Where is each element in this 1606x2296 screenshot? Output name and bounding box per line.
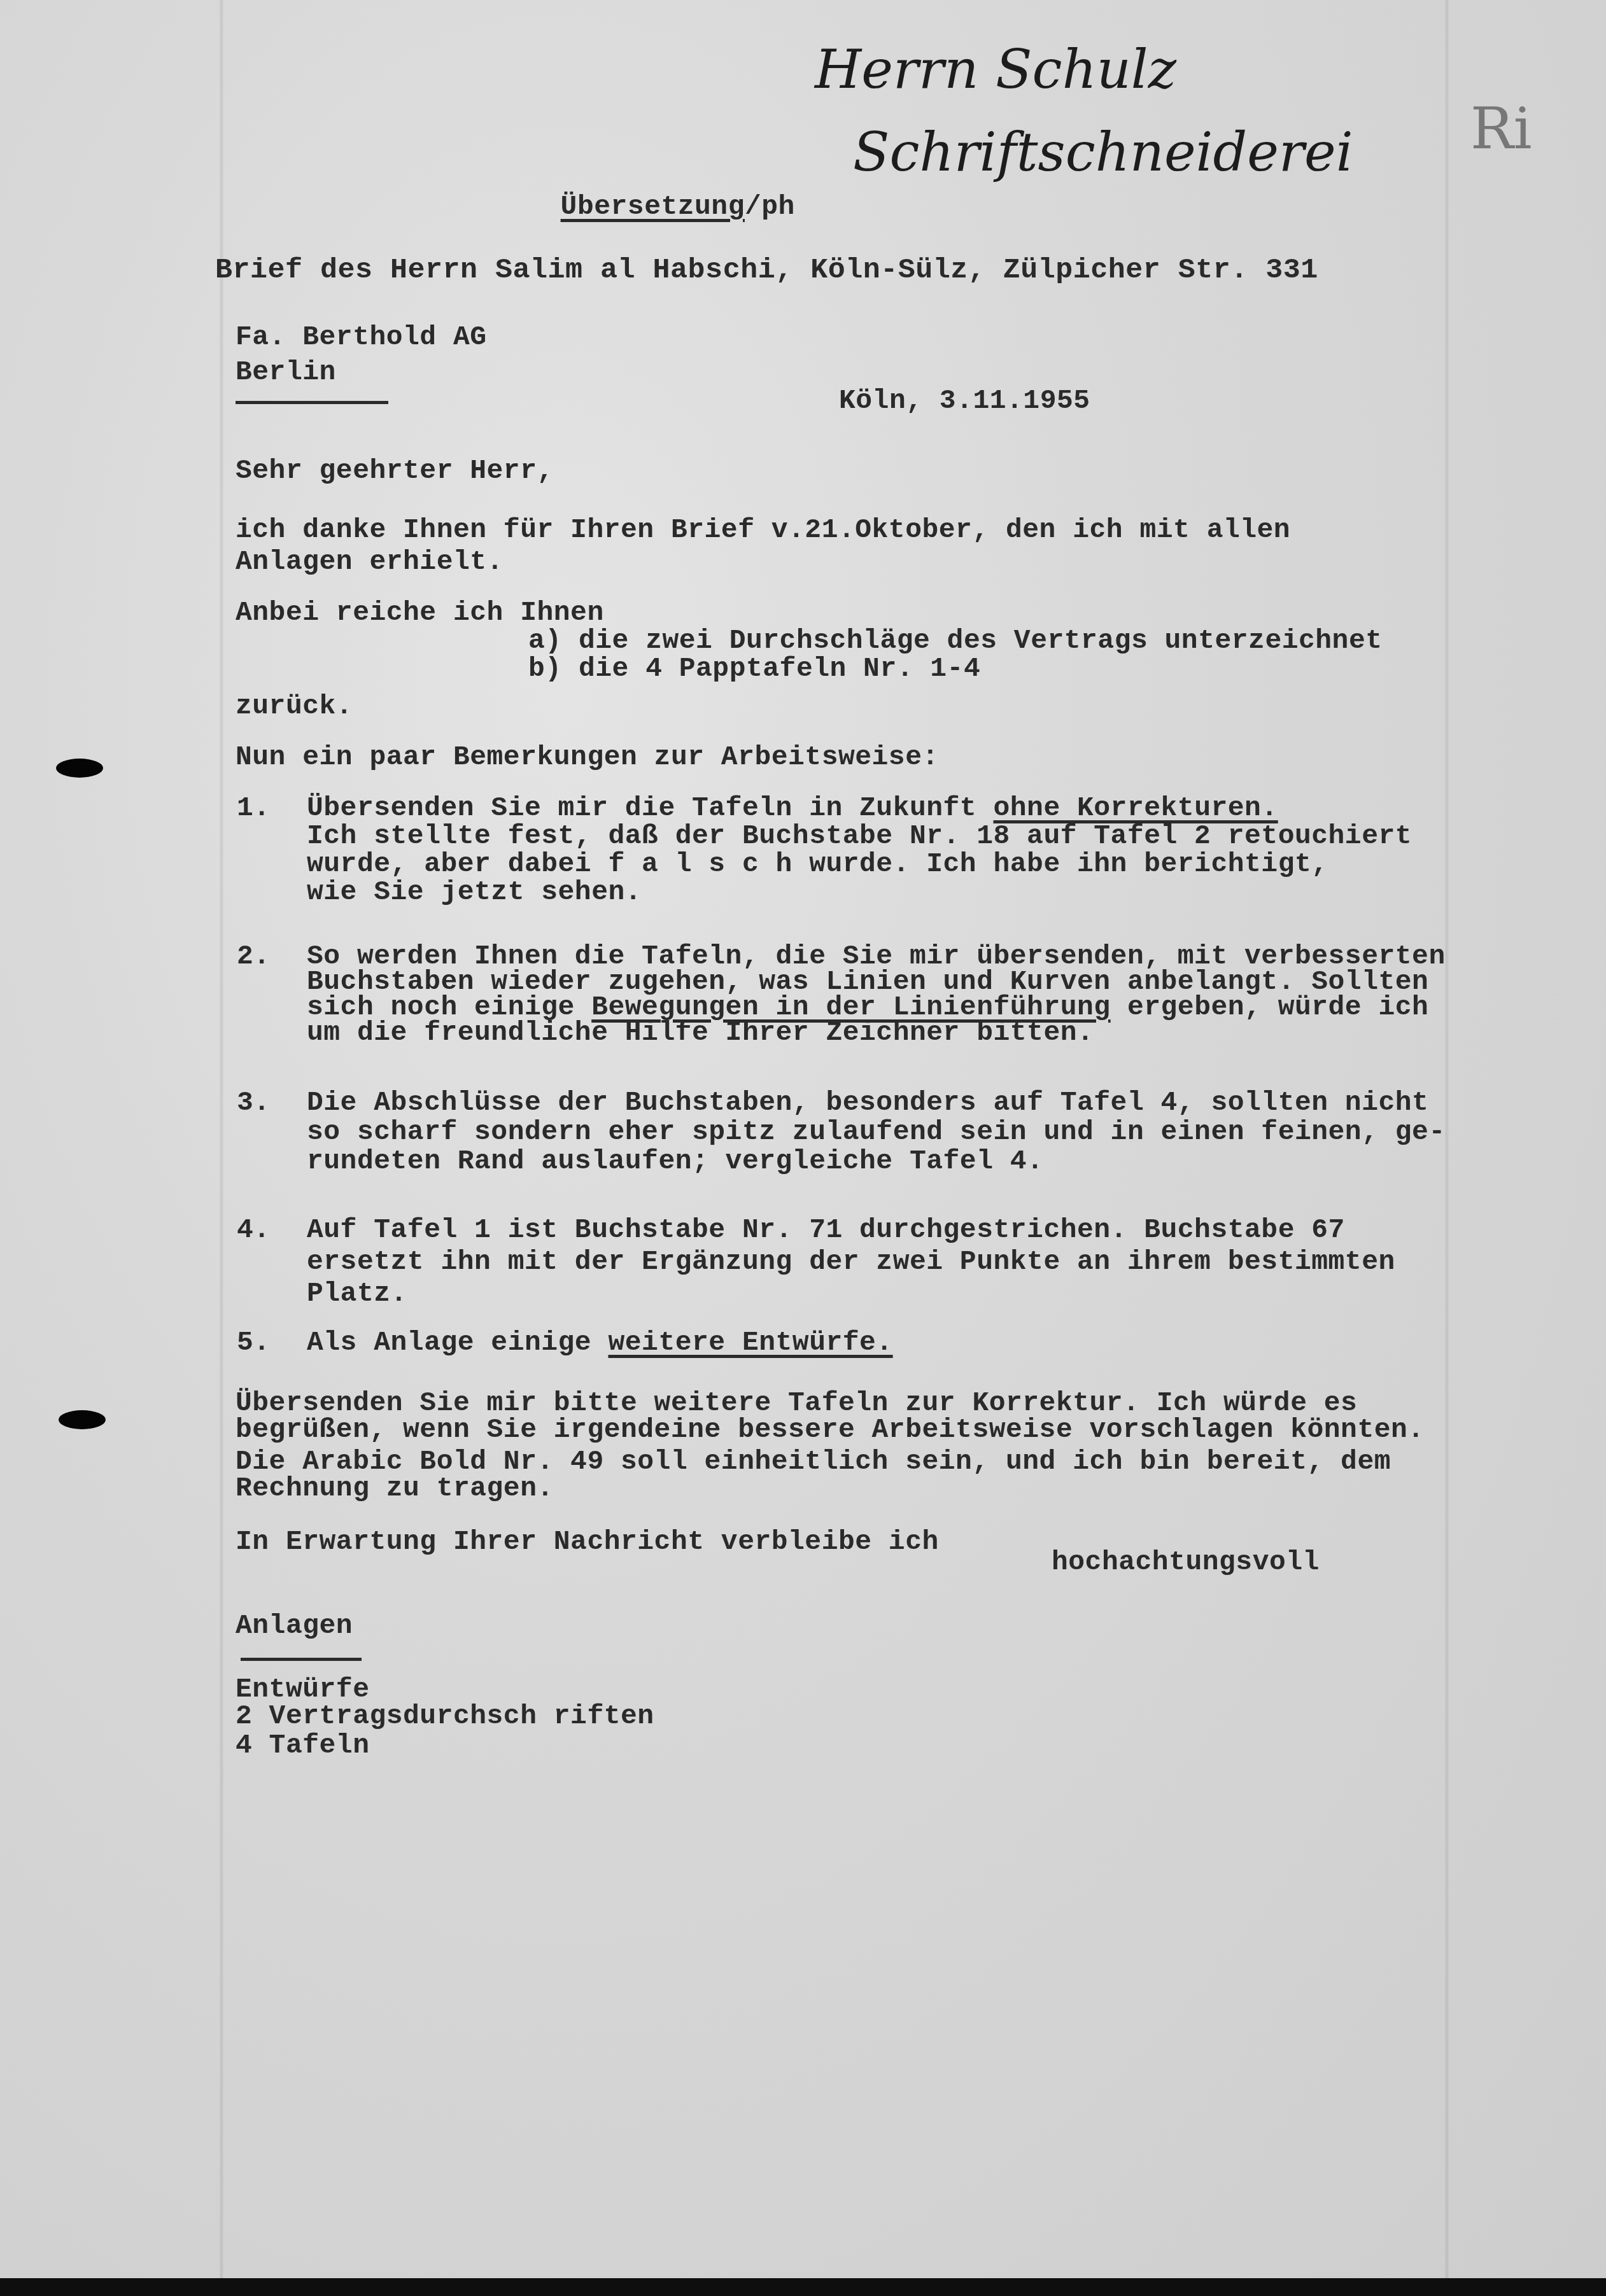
attachments-heading: Anlagen — [236, 1610, 353, 1642]
letter-date: Köln, 3.11.1955 — [839, 385, 1090, 417]
punch-hole — [56, 759, 103, 778]
underlined-emphasis: weitere Entwürfe. — [608, 1327, 892, 1358]
fold-line — [220, 0, 223, 2278]
salutation: Sehr geehrter Herr, — [236, 455, 554, 487]
enclosure-lead: Anbei reiche ich Ihnen — [236, 597, 604, 629]
underlined-emphasis: ohne Korrekturen. — [993, 792, 1278, 823]
signoff: hochachtungsvoll — [1052, 1546, 1320, 1578]
point-number: 2. — [237, 941, 271, 972]
punch-hole — [59, 1410, 106, 1429]
attachment-item: 4 Tafeln — [236, 1730, 369, 1761]
point-line: wie Sie jetzt sehen. — [307, 876, 642, 908]
handwritten-initials: Ri — [1470, 95, 1532, 162]
point-number: 4. — [237, 1214, 271, 1246]
recipient-company: Fa. Berthold AG — [236, 321, 487, 353]
closing-line: In Erwartung Ihrer Nachricht verbleibe i… — [236, 1526, 939, 1558]
enclosure-tail: zurück. — [236, 690, 353, 722]
closing-paragraph-line: Rechnung zu tragen. — [236, 1473, 554, 1504]
enclosure-item: b) die 4 Papptafeln Nr. 1-4 — [528, 653, 980, 685]
point-line: wurde, aber dabei f a l s c h wurde. Ich… — [307, 848, 1328, 880]
intro-line: Anlagen erhielt. — [236, 546, 504, 578]
translation-label: Übersetzung/ph — [527, 159, 795, 223]
point-line: so scharf sondern eher spitz zulaufend s… — [307, 1116, 1446, 1148]
point-line: Als Anlage einige weitere Entwürfe. — [307, 1327, 893, 1359]
recipient-underline — [236, 401, 388, 404]
point-number: 5. — [237, 1327, 271, 1359]
point-line: Platz. — [307, 1278, 407, 1310]
attachments-underline — [241, 1658, 362, 1661]
enclosure-item: a) die zwei Durchschläge des Vertrags un… — [528, 625, 1383, 657]
closing-paragraph-line: begrüßen, wenn Sie irgendeine bessere Ar… — [236, 1414, 1425, 1446]
point-line: rundeten Rand auslaufen; vergleiche Tafe… — [307, 1145, 1043, 1177]
handwritten-department: Schriftschneiderei — [853, 121, 1353, 183]
scan-edge — [0, 2278, 1606, 2296]
point-line: um die freundliche Hilfe Ihrer Zeichner … — [307, 1017, 1094, 1049]
attachment-item: 2 Vertragsdurchsch riften — [236, 1700, 654, 1732]
recipient-city: Berlin — [236, 356, 336, 388]
point-line: Ich stellte fest, daß der Buchstabe Nr. … — [307, 820, 1412, 852]
point-line: Übersenden Sie mir die Tafeln in Zukunft… — [307, 792, 1278, 824]
point-number: 3. — [237, 1087, 271, 1119]
point-number: 1. — [237, 792, 271, 824]
point-line: Die Abschlüsse der Buchstaben, besonders… — [307, 1087, 1428, 1119]
handwritten-addressee: Herrn Schulz — [815, 38, 1176, 101]
fold-line — [1445, 0, 1449, 2278]
remarks-heading: Nun ein paar Bemerkungen zur Arbeitsweis… — [236, 741, 939, 773]
point-line: Auf Tafel 1 ist Buchstabe Nr. 71 durchge… — [307, 1214, 1345, 1246]
point-line: ersetzt ihn mit der Ergänzung der zwei P… — [307, 1246, 1395, 1278]
letter-subject: Brief des Herrn Salim al Habschi, Köln-S… — [215, 255, 1318, 286]
intro-line: ich danke Ihnen für Ihren Brief v.21.Okt… — [236, 514, 1290, 546]
